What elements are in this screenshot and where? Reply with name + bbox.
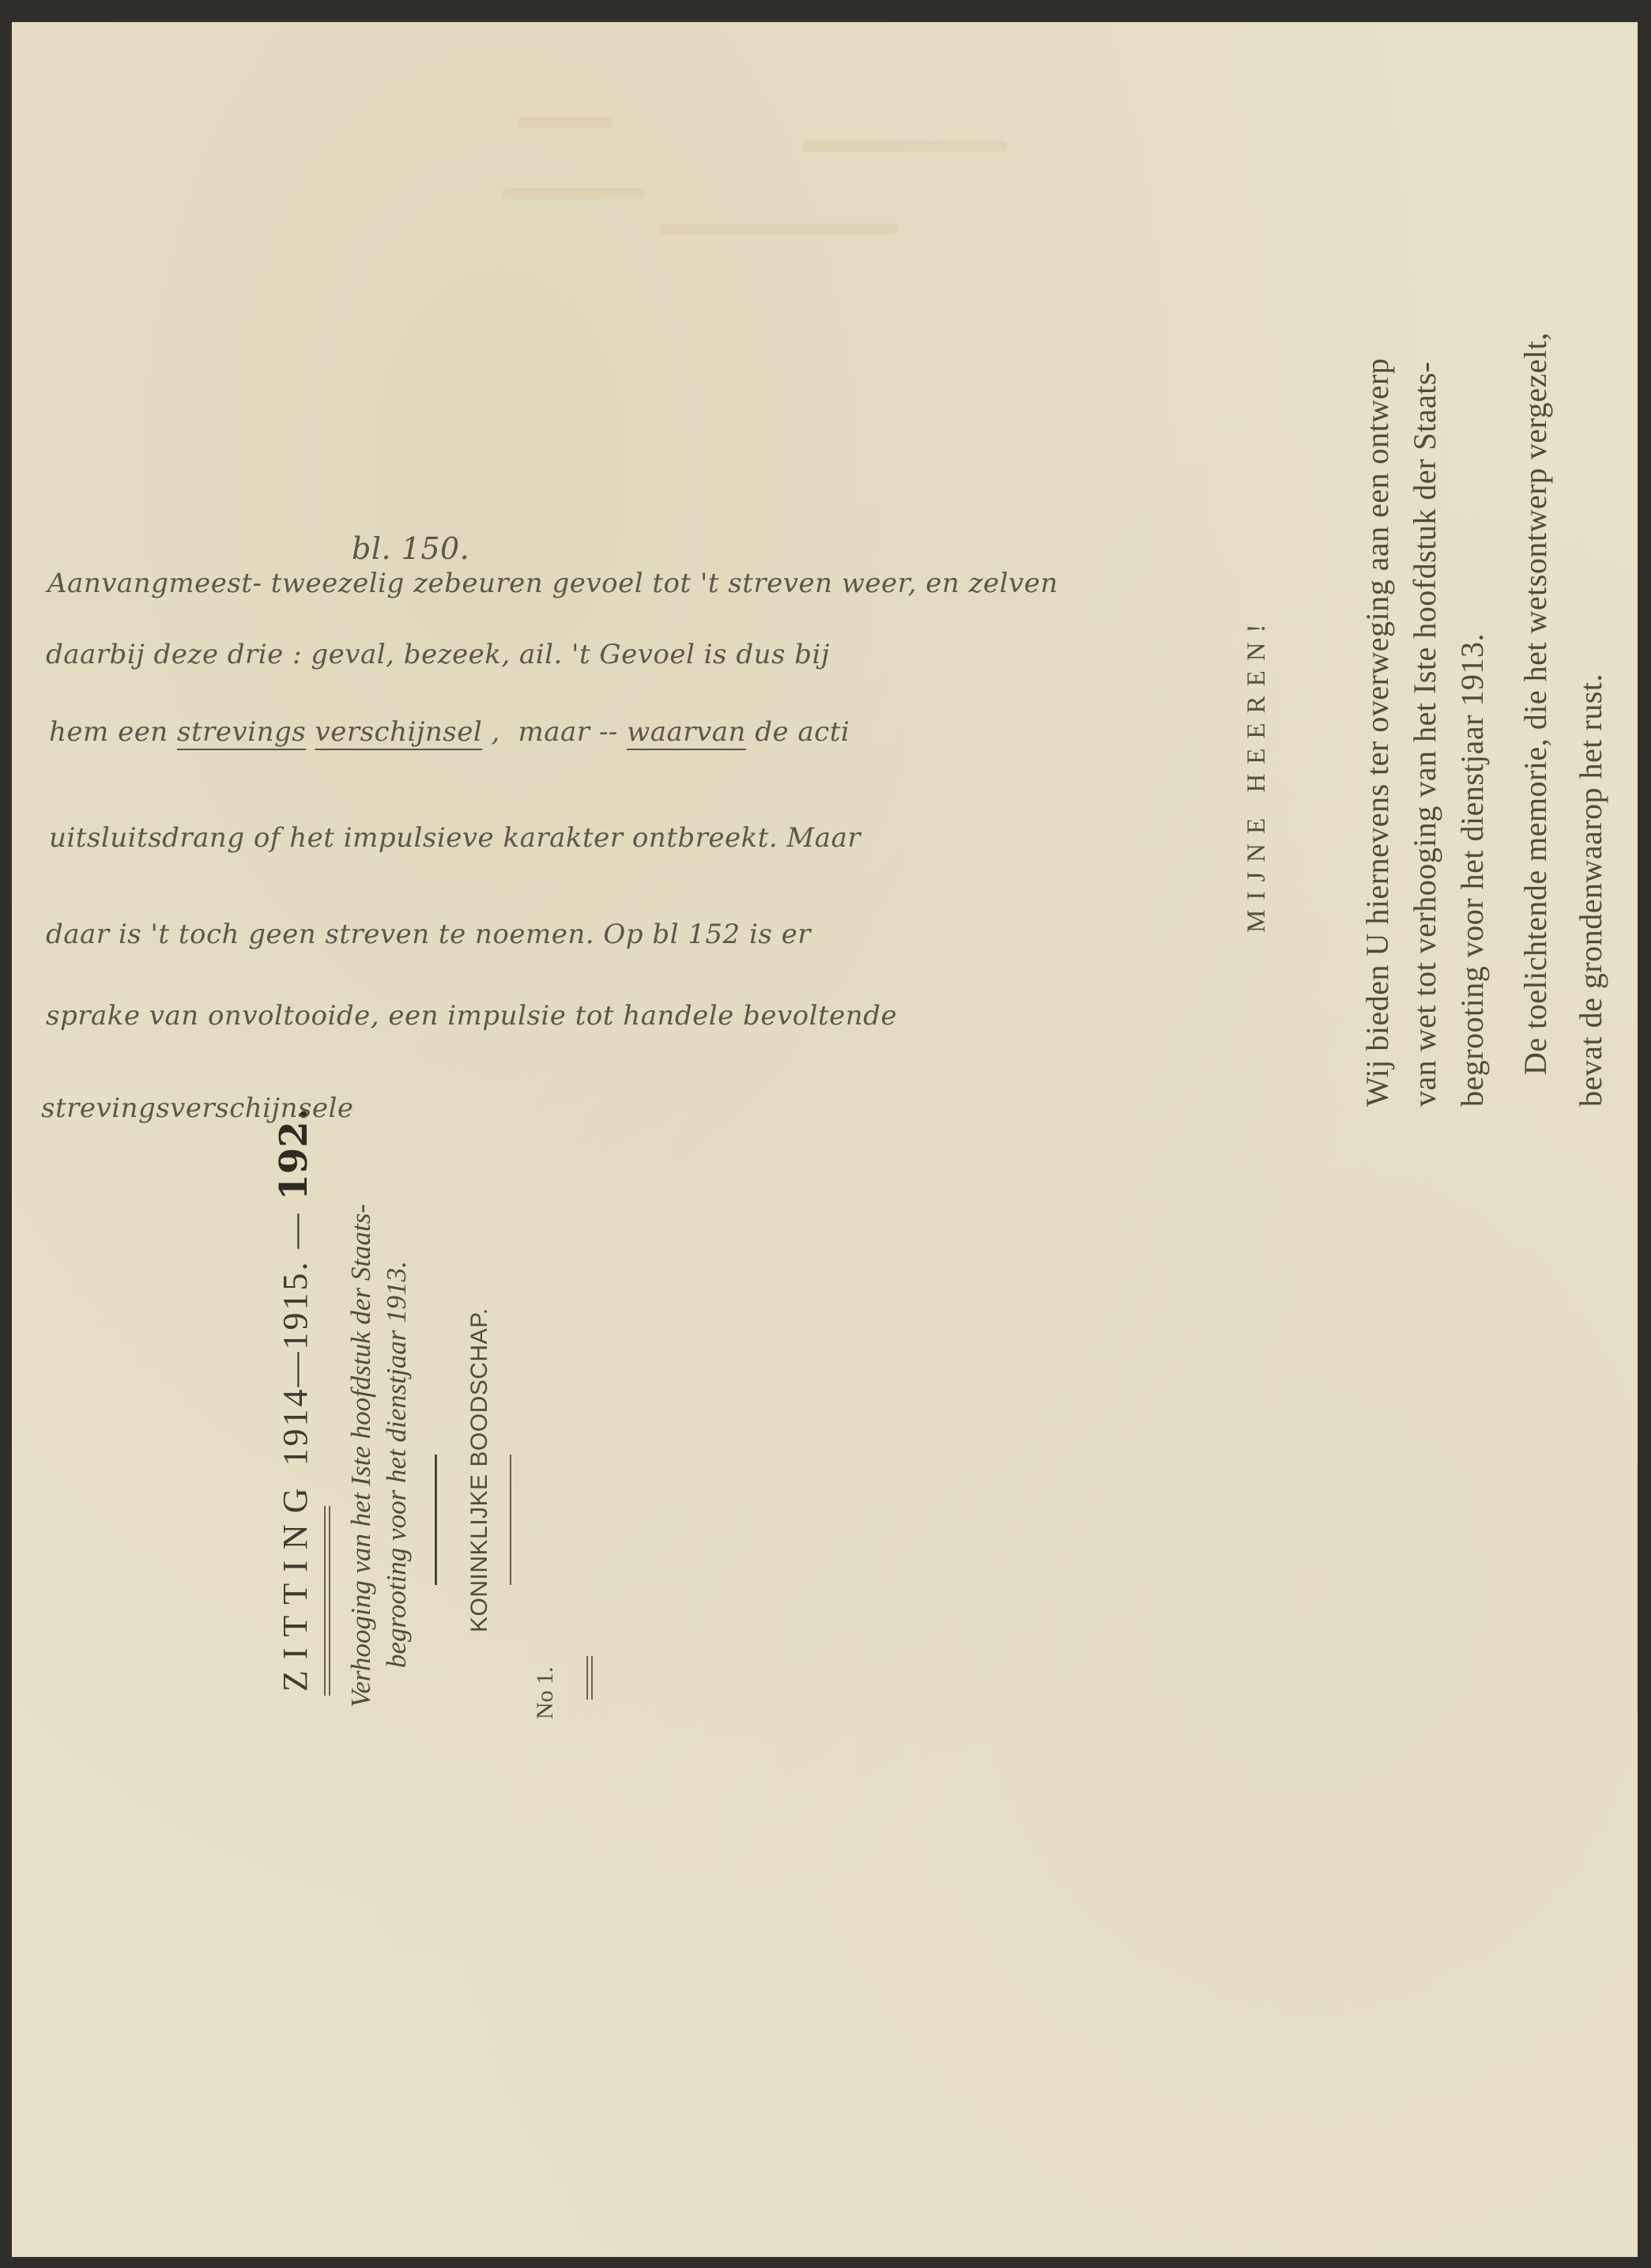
rule-under-message-type (510, 1455, 511, 1585)
session-dash: — (276, 1212, 315, 1249)
letter-paragraph-2-line-2: bevat de grondenwaarop het rust. (1572, 674, 1609, 1107)
handwritten-line-3: hem een strevings verschijnsel , maar --… (49, 716, 850, 748)
bleed-through-mark (660, 224, 897, 235)
item-number: No 1. (532, 1666, 559, 1719)
letter-paragraph-1-line-1: Wij bieden U hiernevens ter overweging a… (1359, 358, 1396, 1107)
handwritten-line-2: daarbij deze drie : geval, bezeek, ail. … (46, 639, 830, 670)
handwritten-line-3-a: hem een (49, 716, 177, 748)
session-title: ZITTING 1914—1915. — 192. (272, 1108, 316, 1692)
handwritten-line-3-c: , maar -- (482, 716, 627, 748)
handwritten-line-1: Aanvangmeest- tweezelig zebeuren gevoel … (47, 568, 1058, 599)
underlined-strevings: strevings (177, 716, 306, 748)
bleed-through-mark (502, 188, 644, 199)
handwritten-line-3-d: de acti (746, 716, 850, 748)
salutation: MIJNE HEEREN! (1242, 614, 1272, 933)
letter-paragraph-1-line-2: van wet tot verhooging van het Iste hoof… (1406, 361, 1443, 1107)
handwritten-line-4: uitsluitsdrang of het impulsieve karakte… (49, 822, 861, 854)
handwritten-line-7: strevingsverschijnsele (41, 1092, 354, 1124)
rule-under-subject (435, 1455, 437, 1585)
session-years: 1914—1915. (276, 1260, 315, 1466)
handwritten-page-ref: bl. 150. (352, 531, 469, 566)
bleed-through-mark (518, 117, 613, 128)
double-rule-top-b (329, 1506, 330, 1696)
handwritten-line-5: daar is 't toch geen streven te noemen. … (46, 919, 811, 950)
letter-paragraph-1-line-3: begrooting voor het dienstjaar 1913. (1453, 633, 1491, 1107)
bleed-through-mark (802, 141, 1008, 152)
subject-line-2: begrooting voor het dienstjaar 1913. (381, 1261, 413, 1668)
underlined-verschijnsel: verschijnsel (315, 716, 483, 748)
message-type: KONINKLIJKE BOODSCHAP. (466, 1308, 493, 1632)
double-rule-bottom-b (591, 1656, 593, 1700)
letter-paragraph-2-line-1: De toelichtende memorie, die het wetsont… (1517, 332, 1554, 1075)
double-rule-top-a (324, 1506, 326, 1696)
session-label: ZITTING (276, 1477, 315, 1693)
handwritten-line-6: sprake van onvoltooide, een impulsie tot… (46, 1000, 897, 1032)
handwritten-line-3-b (306, 716, 315, 748)
double-rule-bottom-a (586, 1656, 588, 1700)
subject-line-1: Verhooging van het Iste hoofdstuk der St… (345, 1204, 377, 1708)
underlined-waarvan: waarvan (627, 716, 746, 748)
